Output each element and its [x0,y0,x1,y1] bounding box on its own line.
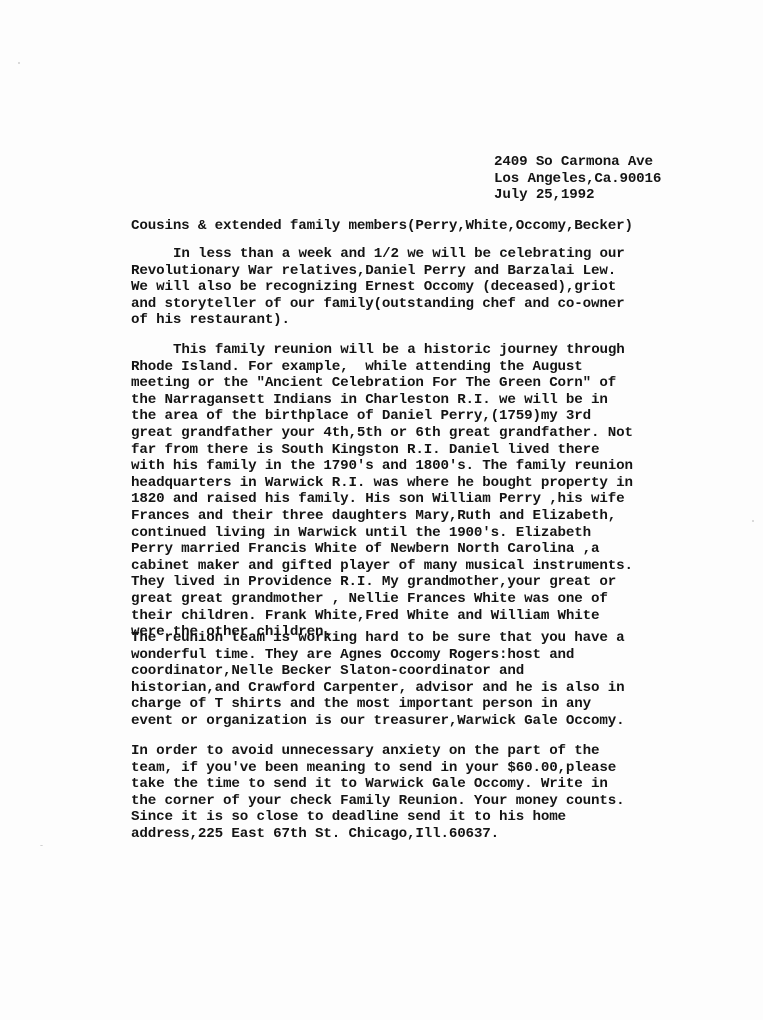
text-line: This family reunion will be a historic j… [131,342,633,359]
paragraph-reunion-team: The reunion team is working hard to be s… [131,630,624,730]
text-line: with his family in the 1790's and 1800's… [131,458,633,475]
scan-speck [752,520,754,522]
text-line: and storyteller of our family(outstandin… [131,296,625,313]
text-line: Revolutionary War relatives,Daniel Perry… [131,263,625,280]
text-line: address,225 East 67th St. Chicago,Ill.60… [131,826,624,843]
text-line: The reunion team is working hard to be s… [131,630,624,647]
paragraph-payment-request: In order to avoid unnecessary anxiety on… [131,743,624,843]
text-line: far from there is South Kingston R.I. Da… [131,442,633,459]
text-line: meeting or the "Ancient Celebration For … [131,375,633,392]
text-line: In less than a week and 1/2 we will be c… [131,246,625,263]
address-city: Los Angeles,Ca.90016 [494,171,661,188]
text-line: team, if you've been meaning to send in … [131,760,624,777]
text-line: the Narragansett Indians in Charleston R… [131,392,633,409]
scan-speck [40,845,43,846]
text-line: 1820 and raised his family. His son Will… [131,491,633,508]
text-line: their children. Frank White,Fred White a… [131,608,633,625]
text-line: great great grandmother , Nellie Frances… [131,591,633,608]
text-line: take the time to send it to Warwick Gale… [131,776,624,793]
text-line: event or organization is our treasurer,W… [131,713,624,730]
text-line: great grandfather your 4th,5th or 6th gr… [131,425,633,442]
text-line: In order to avoid unnecessary anxiety on… [131,743,624,760]
text-line: continued living in Warwick until the 19… [131,525,633,542]
text-line: headquarters in Warwick R.I. was where h… [131,475,633,492]
scan-speck [18,62,20,64]
text-line: We will also be recognizing Ernest Occom… [131,279,625,296]
text-line: charge of T shirts and the most importan… [131,696,624,713]
text-line: Since it is so close to deadline send it… [131,809,624,826]
paragraph-celebration: In less than a week and 1/2 we will be c… [131,246,625,329]
sender-address-block: 2409 So Carmona Ave Los Angeles,Ca.90016… [494,154,661,204]
text-line: cabinet maker and gifted player of many … [131,558,633,575]
letter-page: 2409 So Carmona Ave Los Angeles,Ca.90016… [0,0,763,1020]
paragraph-family-history: This family reunion will be a historic j… [131,342,633,641]
text-line: wonderful time. They are Agnes Occomy Ro… [131,647,624,664]
text-line: the corner of your check Family Reunion.… [131,793,624,810]
text-line: They lived in Providence R.I. My grandmo… [131,574,633,591]
text-line: of his restaurant). [131,312,625,329]
text-line: Perry married Francis White of Newbern N… [131,541,633,558]
text-line: historian,and Crawford Carpenter, adviso… [131,680,624,697]
salutation: Cousins & extended family members(Perry,… [131,218,633,235]
letter-date: July 25,1992 [494,187,661,204]
address-street: 2409 So Carmona Ave [494,154,661,171]
text-line: Frances and their three daughters Mary,R… [131,508,633,525]
text-line: Rhode Island. For example, while attendi… [131,359,633,376]
text-line: coordinator,Nelle Becker Slaton-coordina… [131,663,624,680]
text-line: the area of the birthplace of Daniel Per… [131,408,633,425]
